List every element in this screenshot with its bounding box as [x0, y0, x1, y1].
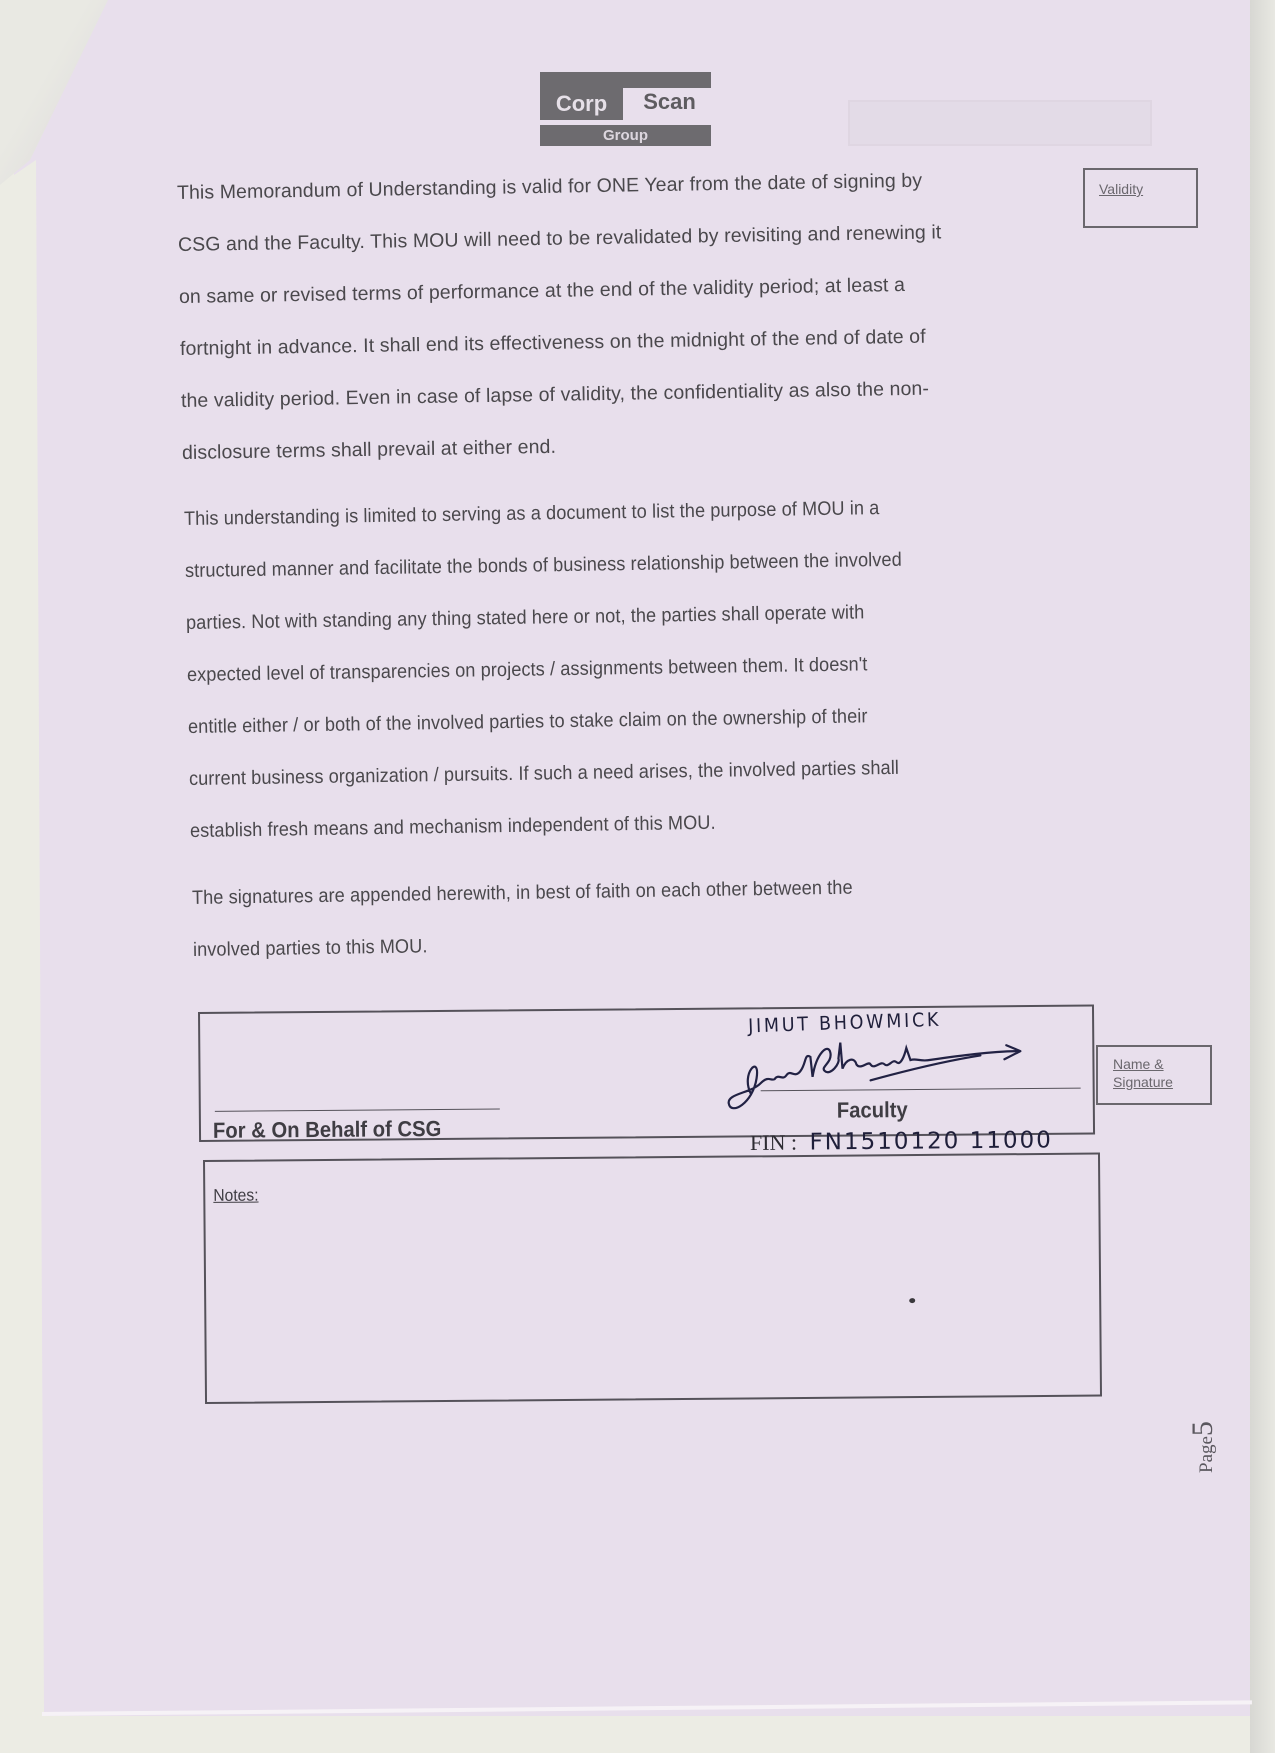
text-line: fortnight in advance. It shall end its e…	[180, 326, 926, 361]
notes-label: Notes:	[213, 1186, 258, 1206]
name-signature-label-line1: Name &	[1113, 1056, 1164, 1073]
text-line: expected level of transparencies on proj…	[187, 653, 868, 687]
text-line: establish fresh means and mechanism inde…	[190, 812, 716, 843]
text-line: structured manner and facilitate the bon…	[185, 549, 902, 583]
faculty-signatory-label: Faculty	[837, 1097, 908, 1124]
ink-speck	[909, 1298, 915, 1303]
text-line: This understanding is limited to serving…	[184, 497, 880, 531]
name-signature-margin-box: Name & Signature	[1096, 1045, 1212, 1105]
fin-value: FN1510120 11000	[809, 1127, 1053, 1155]
text-line: CSG and the Faculty. This MOU will need …	[178, 221, 942, 257]
text-line: disclosure terms shall prevail at either…	[182, 436, 556, 465]
page-label: Page	[1196, 1436, 1217, 1473]
csg-signatory-label: For & On Behalf of CSG	[213, 1116, 441, 1144]
text-line: This Memorandum of Understanding is vali…	[177, 170, 923, 205]
validity-label: Validity	[1099, 181, 1143, 198]
csg-signature-line	[215, 1108, 500, 1111]
text-line: parties. Not with standing any thing sta…	[186, 601, 865, 635]
signature-box: For & On Behalf of CSG JIMUT BHOWMICK Fa…	[198, 1004, 1095, 1142]
page-number-value: 5	[1186, 1421, 1219, 1436]
text-line: entitle either / or both of the involved…	[188, 705, 868, 739]
name-signature-label-line2: Signature	[1113, 1074, 1173, 1091]
page-number: Page5	[1186, 1393, 1216, 1473]
text-line: current business organization / pursuits…	[189, 757, 899, 791]
text-line: the validity period. Even in case of lap…	[181, 378, 929, 413]
text-line: The signatures are appended herewith, in…	[192, 877, 853, 910]
text-line: involved parties to this MOU.	[193, 935, 428, 962]
fin-number: FIN : FN1510120 11000	[750, 1127, 1053, 1156]
validity-margin-box: Validity	[1083, 168, 1198, 228]
notes-box: Notes:	[203, 1152, 1102, 1404]
document-body: This Memorandum of Understanding is vali…	[0, 0, 1275, 1753]
text-line: on same or revised terms of performance …	[179, 274, 905, 309]
fin-label: FIN :	[750, 1130, 797, 1155]
